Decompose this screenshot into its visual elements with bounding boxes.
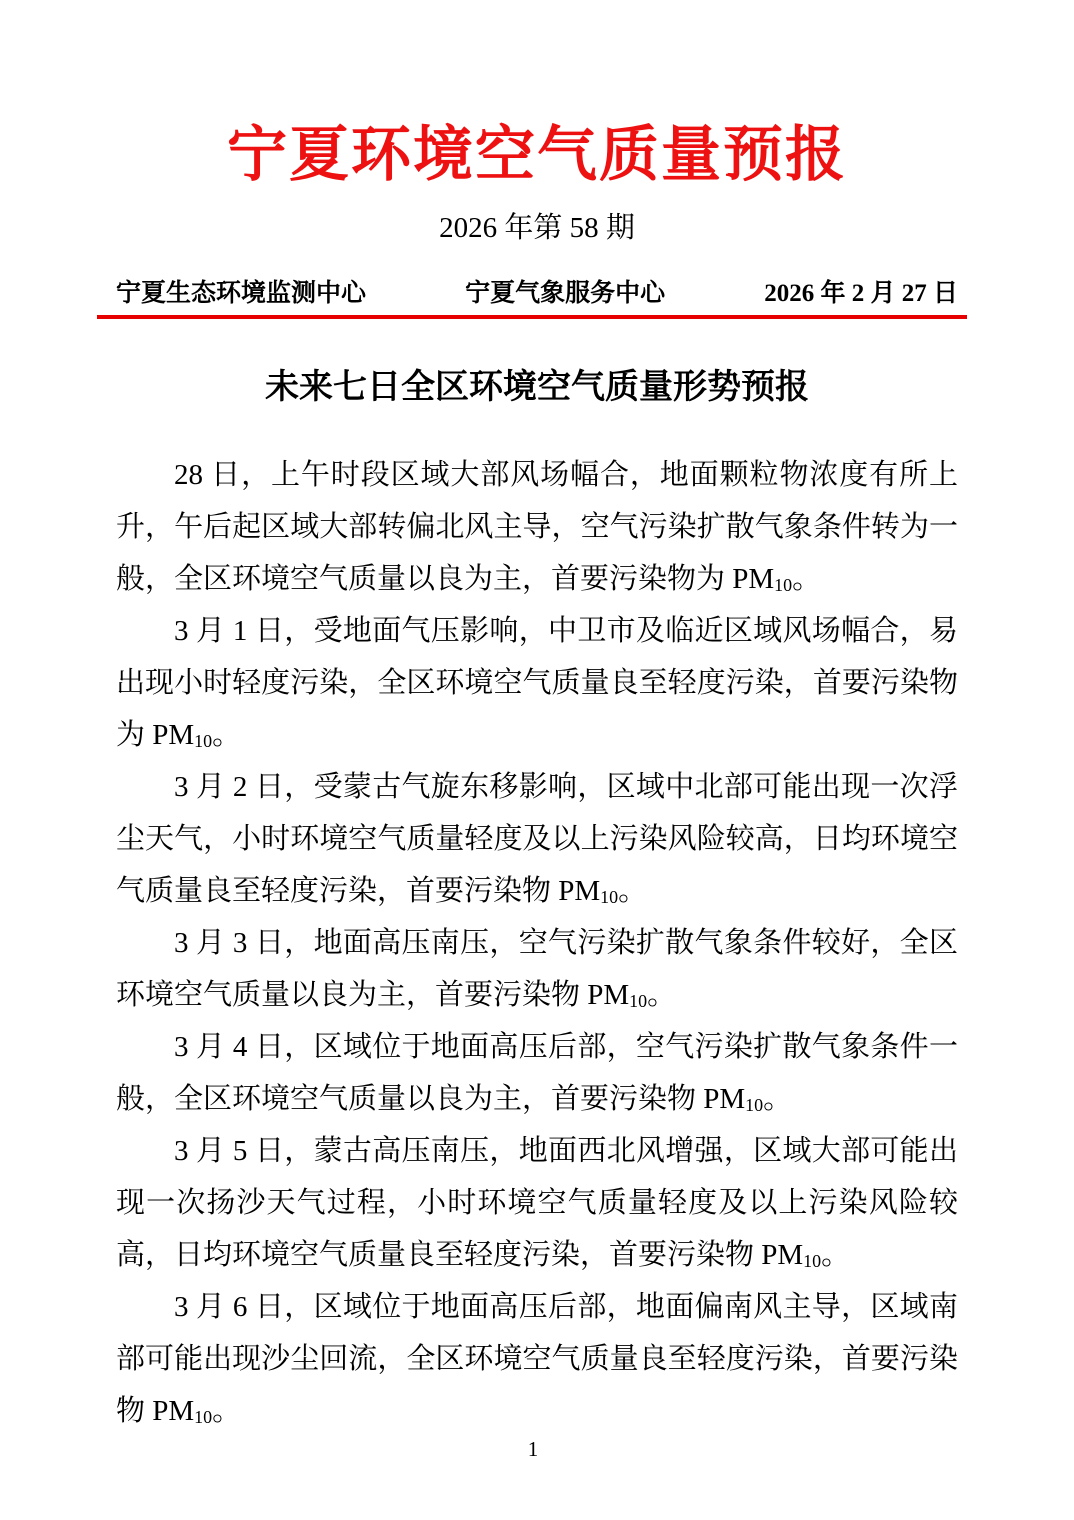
paragraph-end: 。 [212, 719, 241, 751]
paragraph-text: 3 月 6 日，区域位于地面高压后部，地面偏南风主导，区域南部可能出现沙尘回流，… [116, 1291, 958, 1427]
page-number: 1 [0, 1437, 1066, 1462]
document-page: 宁夏环境空气质量预报 2026 年第 58 期 宁夏生态环境监测中心 宁夏气象服… [0, 0, 1074, 1520]
pm10-subscript: 10 [194, 1407, 212, 1427]
document-content: 宁夏环境空气质量预报 2026 年第 58 期 宁夏生态环境监测中心 宁夏气象服… [116, 0, 958, 1437]
masthead: 宁夏生态环境监测中心 宁夏气象服务中心 2026 年 2 月 27 日 [116, 278, 958, 309]
pm10-subscript: 10 [745, 1095, 763, 1115]
paragraph-end: 。 [821, 1239, 850, 1271]
forecast-paragraph-mar6: 3 月 6 日，区域位于地面高压后部，地面偏南风主导，区域南部可能出现沙尘回流，… [116, 1281, 958, 1437]
red-divider-rule [97, 315, 967, 319]
pm10-subscript: 10 [803, 1251, 821, 1271]
pm10-subscript: 10 [600, 887, 618, 907]
section-heading: 未来七日全区环境空气质量形势预报 [116, 365, 958, 409]
issue-number: 2026 年第 58 期 [116, 210, 958, 246]
masthead-date: 2026 年 2 月 27 日 [764, 279, 958, 309]
paragraph-text: 3 月 4 日，区域位于地面高压后部，空气污染扩散气象条件一般，全区环境空气质量… [116, 1031, 958, 1115]
forecast-paragraph-mar2: 3 月 2 日，受蒙古气旋东移影响，区域中北部可能出现一次浮尘天气，小时环境空气… [116, 761, 958, 917]
paragraph-end: 。 [212, 1395, 241, 1427]
paragraph-text: 3 月 1 日，受地面气压影响，中卫市及临近区域风场幅合，易出现小时轻度污染，全… [116, 615, 958, 751]
paragraph-end: 。 [618, 875, 647, 907]
forecast-paragraph-mar3: 3 月 3 日，地面高压南压，空气污染扩散气象条件较好，全区环境空气质量以良为主… [116, 917, 958, 1021]
masthead-left-org: 宁夏生态环境监测中心 [116, 278, 366, 308]
pm10-subscript: 10 [629, 991, 647, 1011]
paragraph-end: 。 [647, 979, 676, 1011]
paragraph-end: 。 [792, 563, 821, 595]
paragraph-text: 3 月 2 日，受蒙古气旋东移影响，区域中北部可能出现一次浮尘天气，小时环境空气… [116, 771, 958, 907]
forecast-paragraph-day28: 28 日，上午时段区域大部风场幅合，地面颗粒物浓度有所上升，午后起区域大部转偏北… [116, 449, 958, 605]
forecast-paragraph-mar5: 3 月 5 日，蒙古高压南压，地面西北风增强，区域大部可能出现一次扬沙天气过程，… [116, 1125, 958, 1281]
paragraph-end: 。 [763, 1083, 792, 1115]
forecast-paragraph-mar4: 3 月 4 日，区域位于地面高压后部，空气污染扩散气象条件一般，全区环境空气质量… [116, 1021, 958, 1125]
paragraph-text: 3 月 3 日，地面高压南压，空气污染扩散气象条件较好，全区环境空气质量以良为主… [116, 927, 958, 1011]
pm10-subscript: 10 [194, 731, 212, 751]
forecast-body: 28 日，上午时段区域大部风场幅合，地面颗粒物浓度有所上升，午后起区域大部转偏北… [116, 449, 958, 1437]
masthead-center-org: 宁夏气象服务中心 [465, 278, 665, 308]
paragraph-text: 28 日，上午时段区域大部风场幅合，地面颗粒物浓度有所上升，午后起区域大部转偏北… [116, 459, 958, 595]
forecast-paragraph-mar1: 3 月 1 日，受地面气压影响，中卫市及临近区域风场幅合，易出现小时轻度污染，全… [116, 605, 958, 761]
document-title: 宁夏环境空气质量预报 [116, 0, 958, 198]
pm10-subscript: 10 [774, 575, 792, 595]
